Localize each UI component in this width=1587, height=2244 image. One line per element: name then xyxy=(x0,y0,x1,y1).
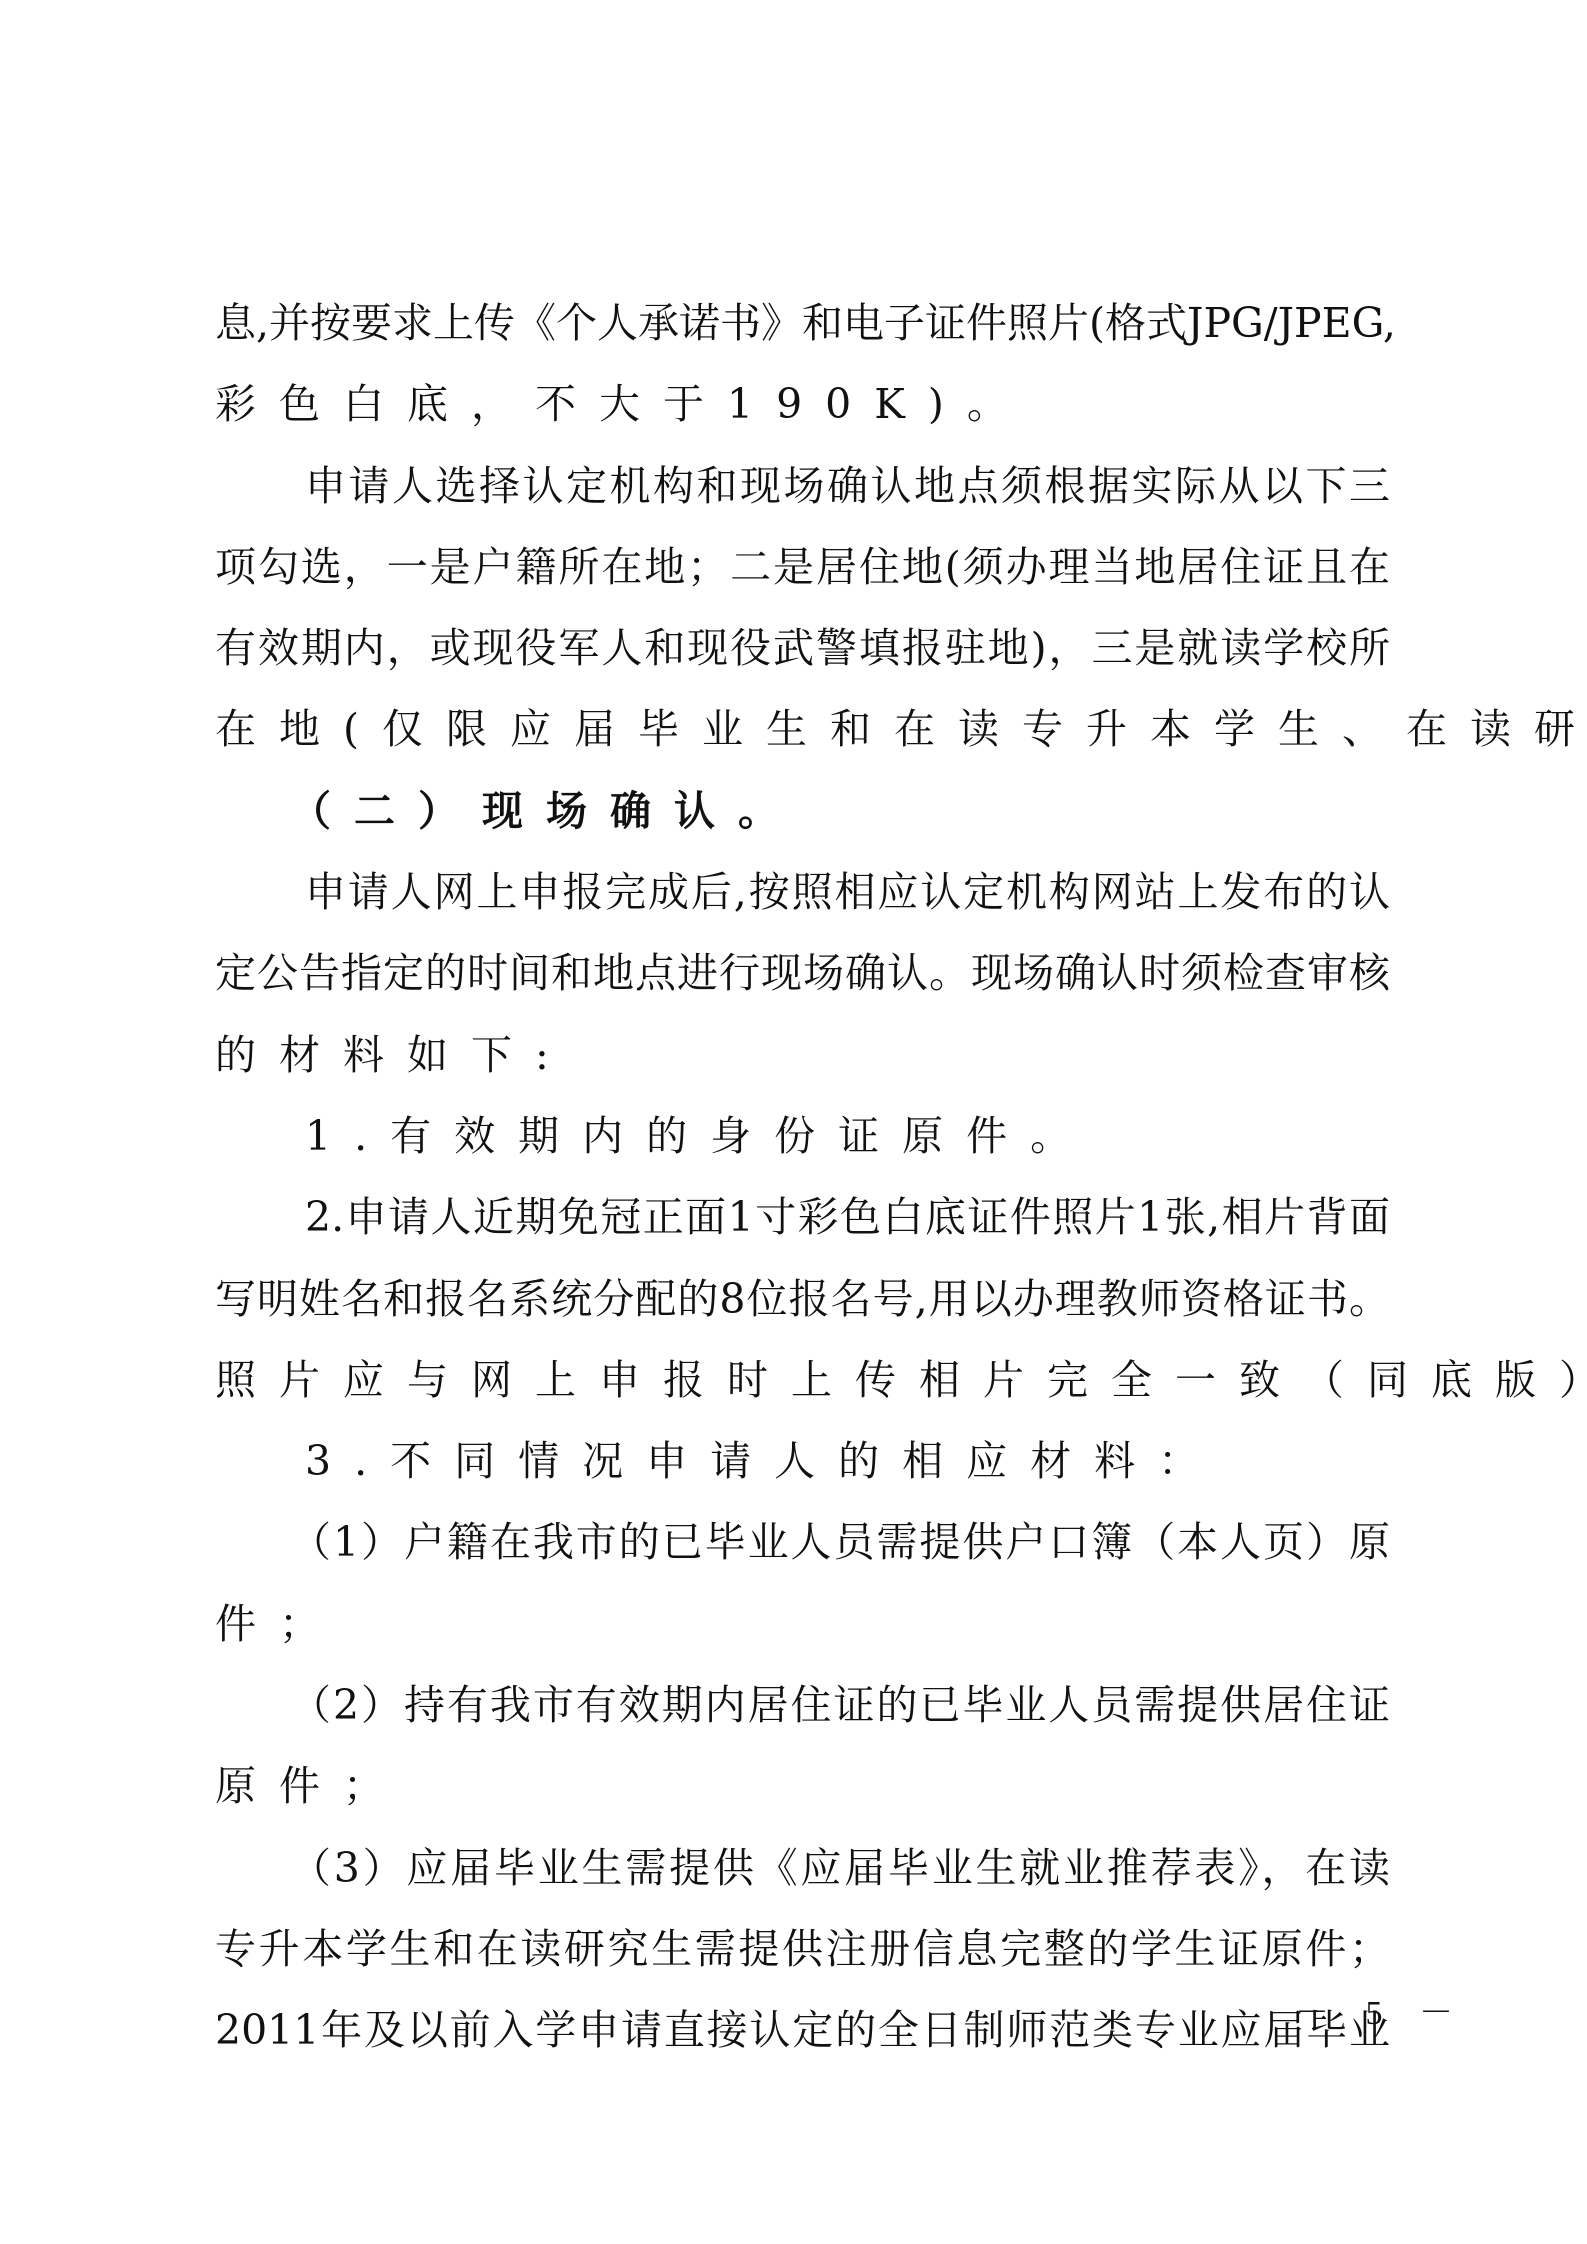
text-line-14: 照片应与网上申报时上传相片完全一致（同底版）。 xyxy=(215,1340,1390,1421)
text-line-13: 写明姓名和报名系统分配的8位报名号,用以办理教师资格证书。 xyxy=(215,1259,1390,1340)
sub-item-2: （2）持有我市有效期内居住证的已毕业人员需提供居住证 xyxy=(215,1665,1390,1746)
text-line-9: 定公告指定的时间和地点进行现场确认。现场确认时须检查审核 xyxy=(215,933,1390,1014)
body-text: 息,并按要求上传《个人承诺书》和电子证件照片(格式JPG/JPEG, 彩色白底，… xyxy=(215,283,1390,2072)
text-line-4: 项勾选，一是户籍所在地；二是居住地(须办理当地居住证且在 xyxy=(215,527,1390,608)
text-line-5: 有效期内，或现役军人和现役武警填报驻地)，三是就读学校所 xyxy=(215,608,1390,689)
text-line-10: 的材料如下: xyxy=(215,1015,1390,1096)
text-line-6: 在地(仅限应届毕业生和在读专升本学生、在读研究生)。 xyxy=(215,689,1390,770)
list-item-3: 3.不同情况申请人的相应材料： xyxy=(215,1421,1390,1502)
text-line-2: 彩色白底，不大于190K)。 xyxy=(215,364,1390,445)
sub-item-3: （3）应届毕业生需提供《应届毕业生就业推荐表》，在读 xyxy=(215,1828,1390,1909)
text-line-21: 专升本学生和在读研究生需提供注册信息完整的学生证原件； xyxy=(215,1909,1390,1990)
section-heading: （二）现场确认。 xyxy=(215,771,1390,852)
list-item-1: 1.有效期内的身份证原件。 xyxy=(215,1096,1390,1177)
list-item-2: 2.申请人近期免冠正面1寸彩色白底证件照片1张,相片背面 xyxy=(215,1177,1390,1258)
text-line-19: 原件； xyxy=(215,1746,1390,1827)
text-line-17: 件； xyxy=(215,1584,1390,1665)
page-number: － 5 － xyxy=(1295,1985,1467,2034)
document-page: 息,并按要求上传《个人承诺书》和电子证件照片(格式JPG/JPEG, 彩色白底，… xyxy=(0,0,1587,2244)
text-line-22: 2011年及以前入学申请直接认定的全日制师范类专业应届毕业 xyxy=(215,1990,1390,2071)
sub-item-1: （1）户籍在我市的已毕业人员需提供户口簿（本人页）原 xyxy=(215,1502,1390,1583)
text-line-3: 申请人选择认定机构和现场确认地点须根据实际从以下三 xyxy=(215,446,1390,527)
text-line-1: 息,并按要求上传《个人承诺书》和电子证件照片(格式JPG/JPEG, xyxy=(215,283,1390,364)
text-line-8: 申请人网上申报完成后,按照相应认定机构网站上发布的认 xyxy=(215,852,1390,933)
